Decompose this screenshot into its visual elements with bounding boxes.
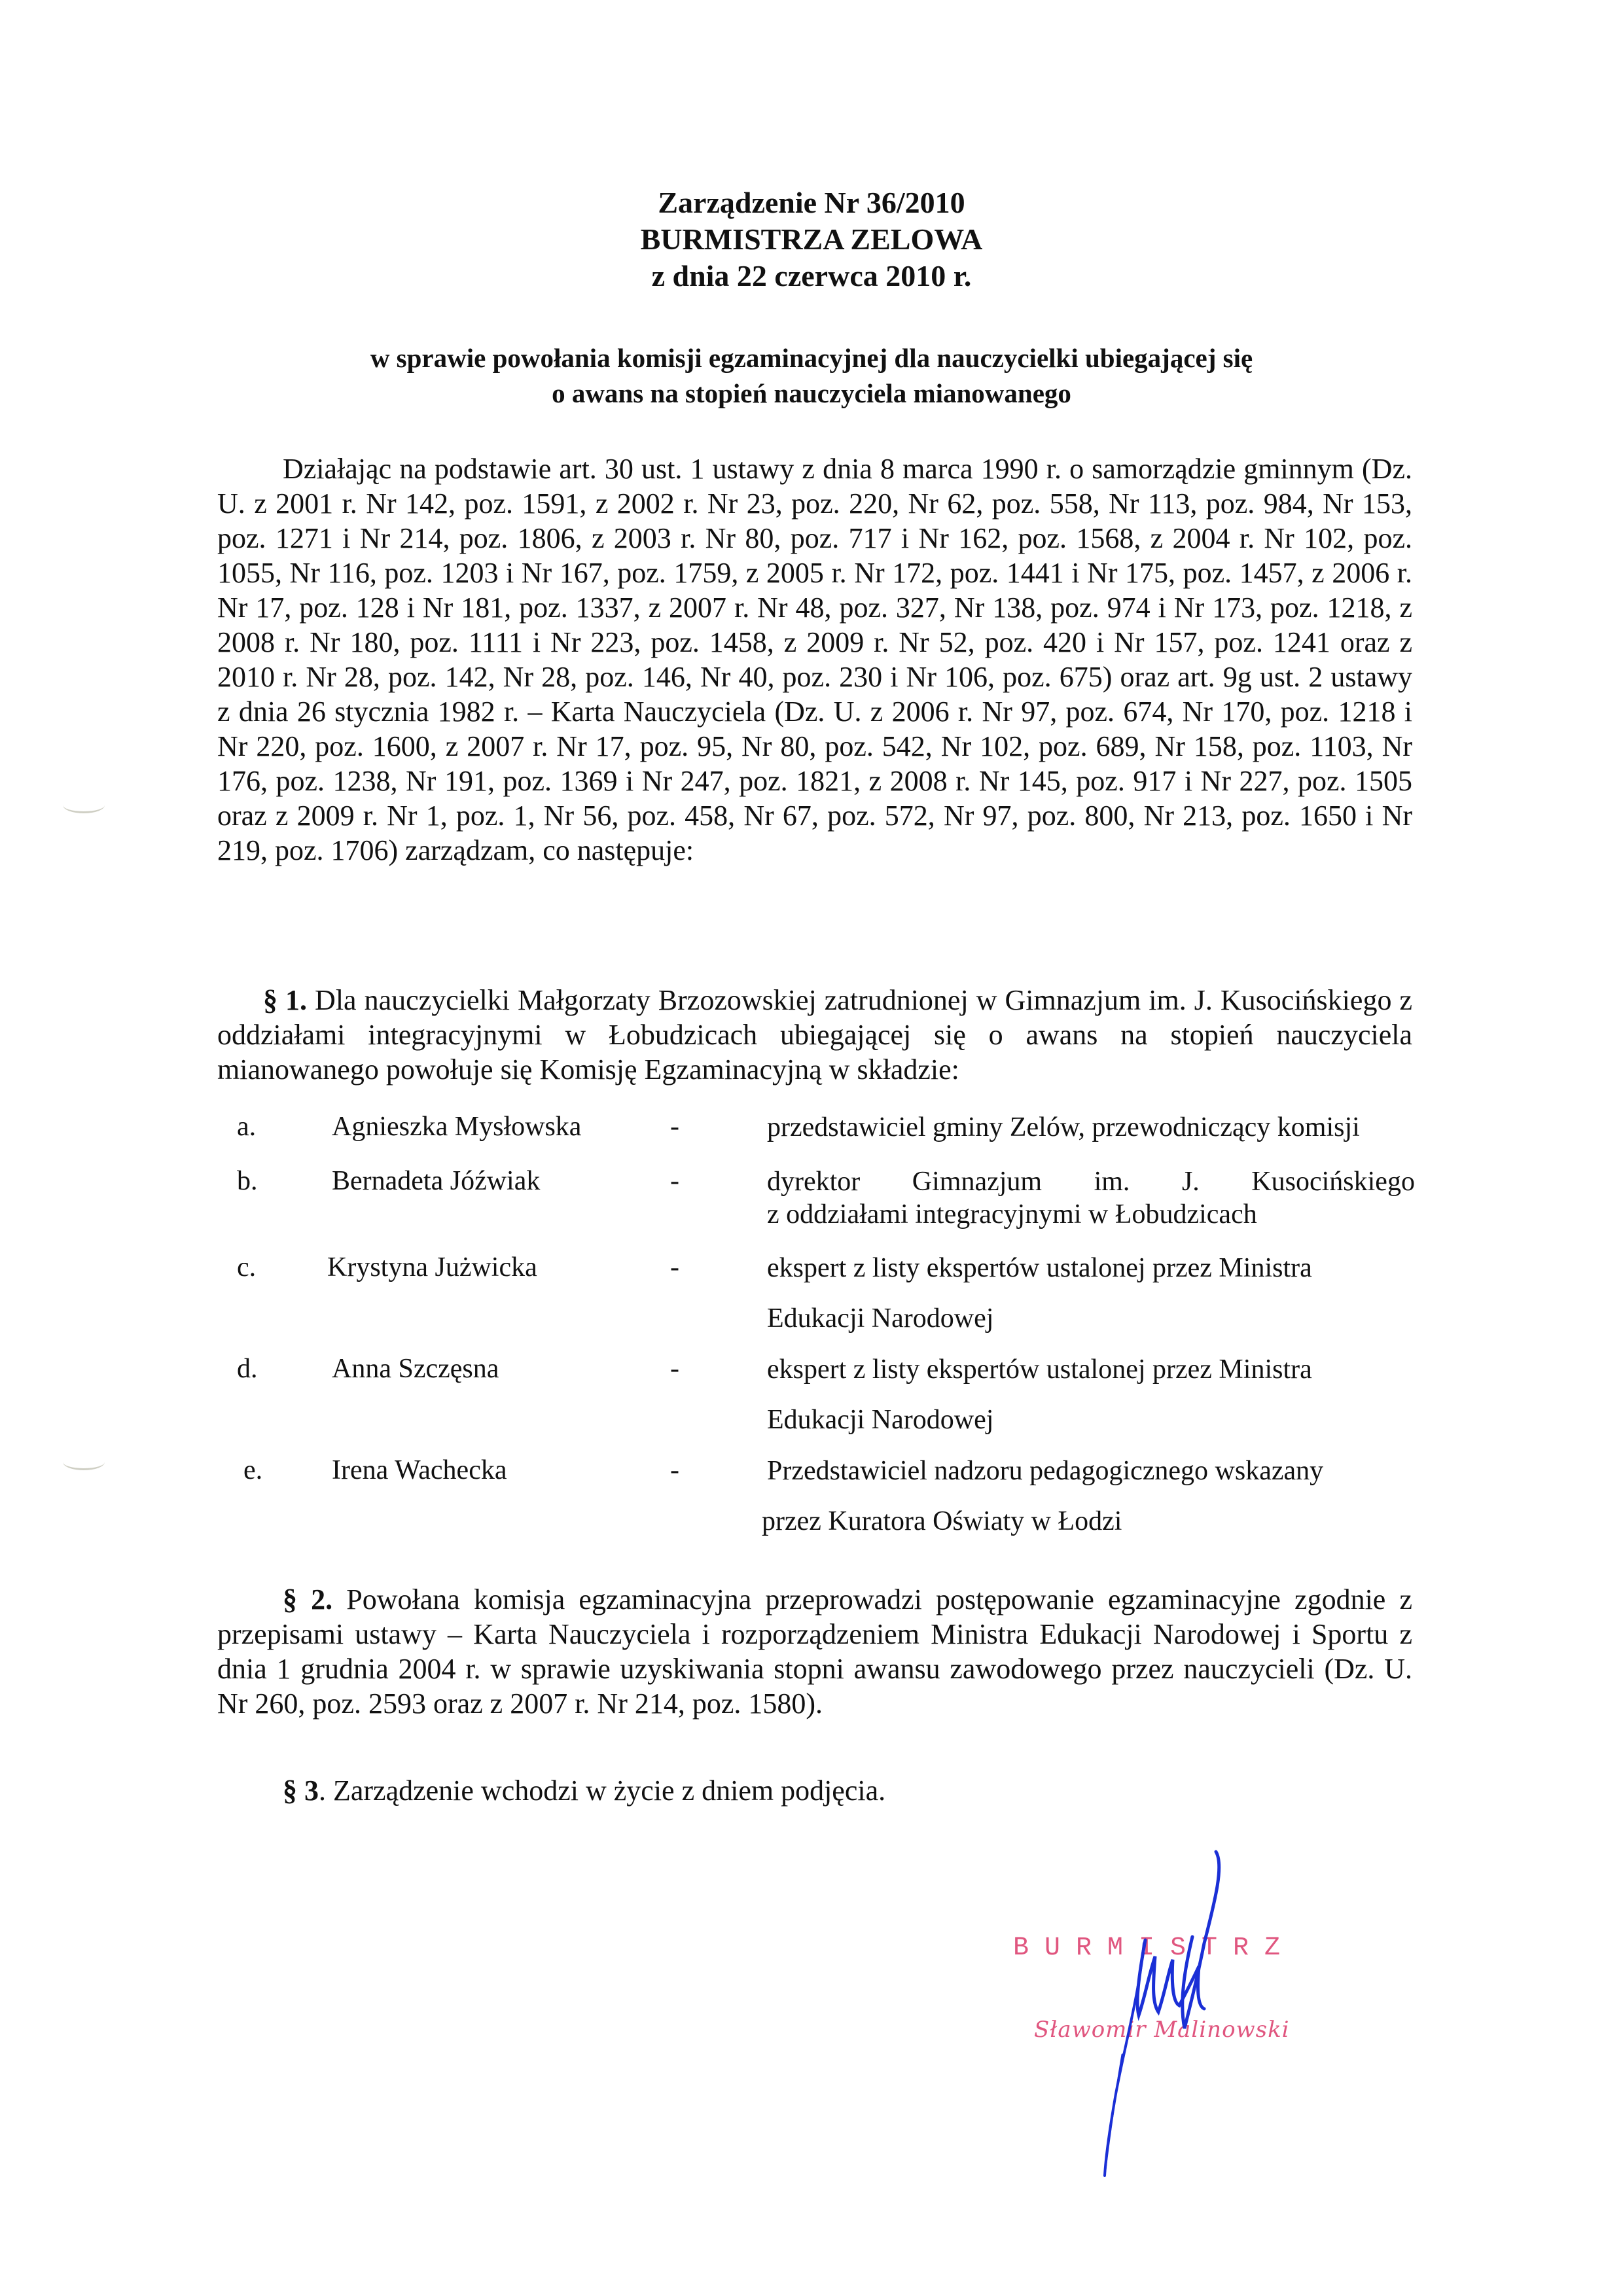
member-role: dyrektorGimnazjumim.J.Kusocińskiego z od… — [767, 1165, 1421, 1231]
document-page: Zarządzenie Nr 36/2010 BURMISTRZA ZELOWA… — [0, 0, 1623, 2296]
section-2-paragraph: § 2. Powołana komisja egzaminacyjna prze… — [217, 1582, 1412, 1721]
legal-basis-paragraph: Działając na podstawie art. 30 ust. 1 us… — [217, 451, 1412, 868]
member-name: Bernadeta Jóźwiak — [332, 1165, 540, 1197]
member-role-line: Przedstawiciel nadzoru pedagogicznego ws… — [767, 1455, 1421, 1487]
issue-date: z dnia 22 czerwca 2010 r. — [0, 258, 1623, 294]
member-letter: a. — [237, 1111, 256, 1142]
member-letter: d. — [237, 1353, 258, 1385]
document-title: Zarządzenie Nr 36/2010 — [0, 185, 1623, 221]
member-role: ekspert z listy ekspertów ustalonej prze… — [767, 1353, 1421, 1436]
section-3-mark: § 3 — [283, 1775, 319, 1807]
subject-line-1: w sprawie powołania komisji egzaminacyjn… — [0, 340, 1623, 376]
section-3-paragraph: § 3. Zarządzenie wchodzi w życie z dniem… — [283, 1773, 1395, 1808]
member-role-line: ekspert z listy ekspertów ustalonej prze… — [767, 1252, 1421, 1284]
punch-hole-mark — [63, 1454, 105, 1470]
document-header: Zarządzenie Nr 36/2010 BURMISTRZA ZELOWA… — [0, 185, 1623, 294]
section-1-mark: § 1. — [263, 984, 307, 1016]
document-subject: w sprawie powołania komisji egzaminacyjn… — [0, 340, 1623, 411]
mayor-stamp: BURMISTRZ Sławomir Malinowski — [1008, 1845, 1466, 2140]
section-1-text: Dla nauczycielki Małgorzaty Brzozowskiej… — [217, 984, 1412, 1086]
subject-line-2: o awans na stopień nauczyciela mianowane… — [0, 376, 1623, 411]
member-dash: - — [670, 1165, 679, 1197]
section-1-paragraph: § 1. Dla nauczycielki Małgorzaty Brzozow… — [217, 983, 1412, 1087]
member-role-line: dyrektorGimnazjumim.J.Kusocińskiego — [767, 1165, 1415, 1198]
member-dash: - — [670, 1455, 679, 1486]
member-role-line: ekspert z listy ekspertów ustalonej prze… — [767, 1353, 1421, 1386]
member-role-line: Edukacji Narodowej — [767, 1404, 1421, 1436]
member-name: Agnieszka Mysłowska — [332, 1111, 581, 1142]
member-role: ekspert z listy ekspertów ustalonej prze… — [767, 1252, 1421, 1335]
signature-icon — [1008, 1845, 1466, 2185]
member-dash: - — [670, 1252, 679, 1283]
member-role: Przedstawiciel nadzoru pedagogicznego ws… — [767, 1455, 1421, 1538]
member-letter: c. — [237, 1252, 256, 1283]
member-role-line: przez Kuratora Oświaty w Łodzi — [762, 1505, 1421, 1538]
section-2-text: Powołana komisja egzaminacyjna przeprowa… — [217, 1583, 1412, 1720]
member-letter: e. — [243, 1455, 262, 1486]
member-name: Irena Wachecka — [332, 1455, 507, 1486]
member-role-line: z oddziałami integracyjnymi w Łobudzicac… — [767, 1198, 1421, 1231]
member-dash: - — [670, 1353, 679, 1385]
punch-hole-mark — [63, 797, 105, 813]
member-letter: b. — [237, 1165, 258, 1197]
section-2-mark: § 2. — [283, 1583, 332, 1616]
member-role: przedstawiciel gminy Zelów, przewodniczą… — [767, 1111, 1421, 1144]
member-name: Krystyna Jużwicka — [327, 1252, 537, 1283]
member-role-line: Edukacji Narodowej — [767, 1302, 1421, 1335]
member-name: Anna Szczęsna — [332, 1353, 499, 1385]
issuer: BURMISTRZA ZELOWA — [0, 221, 1623, 258]
member-dash: - — [670, 1111, 679, 1142]
member-role-line: przedstawiciel gminy Zelów, przewodniczą… — [767, 1112, 1360, 1142]
section-3-text: . Zarządzenie wchodzi w życie z dniem po… — [319, 1775, 885, 1807]
